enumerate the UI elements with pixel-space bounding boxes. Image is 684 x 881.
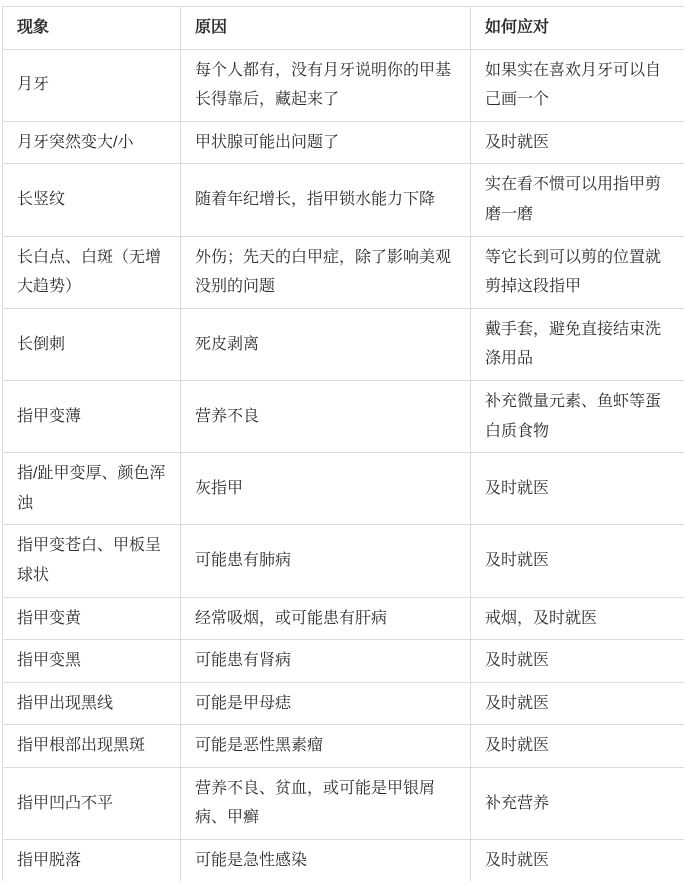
header-cell-1: 原因: [181, 7, 471, 50]
table-row: 指甲变黑可能患有肾病及时就医: [3, 640, 684, 683]
table-cell: 如果实在喜欢月牙可以自己画一个: [471, 49, 684, 121]
table-cell: 指甲变黑: [3, 640, 181, 683]
table-cell: 及时就医: [471, 453, 684, 525]
table-row: 指甲变苍白、甲板呈球状可能患有肺病及时就医: [3, 525, 684, 597]
table-cell: 指甲变黄: [3, 597, 181, 640]
table-body: 月牙每个人都有，没有月牙说明你的甲基长得靠后，藏起来了如果实在喜欢月牙可以自己画…: [3, 49, 684, 881]
table-cell: 随着年纪增长，指甲锁水能力下降: [181, 164, 471, 236]
page: 现象原因如何应对 月牙每个人都有，没有月牙说明你的甲基长得靠后，藏起来了如果实在…: [0, 0, 684, 881]
table-cell: 经常吸烟，或可能患有肝病: [181, 597, 471, 640]
table-row: 指甲脱落可能是急性感染及时就医: [3, 840, 684, 881]
table-cell: 指甲出现黑线: [3, 682, 181, 725]
table-cell: 等它长到可以剪的位置就剪掉这段指甲: [471, 236, 684, 308]
table-cell: 补充营养: [471, 767, 684, 839]
table-cell: 营养不良、贫血，或可能是甲银屑病、甲癣: [181, 767, 471, 839]
table-row: 长竖纹随着年纪增长，指甲锁水能力下降实在看不惯可以用指甲剪磨一磨: [3, 164, 684, 236]
table-cell: 补充微量元素、鱼虾等蛋白质食物: [471, 380, 684, 452]
table-cell: 可能患有肺病: [181, 525, 471, 597]
header-cell-2: 如何应对: [471, 7, 684, 50]
table-cell: 长竖纹: [3, 164, 181, 236]
table-cell: 死皮剥离: [181, 308, 471, 380]
table-cell: 灰指甲: [181, 453, 471, 525]
table-row: 指甲出现黑线可能是甲母痣及时就医: [3, 682, 684, 725]
table-cell: 指甲变苍白、甲板呈球状: [3, 525, 181, 597]
table-cell: 及时就医: [471, 682, 684, 725]
table-row: 指/趾甲变厚、颜色浑浊灰指甲及时就医: [3, 453, 684, 525]
table-cell: 长白点、白斑（无增大趋势）: [3, 236, 181, 308]
table-row: 长倒刺死皮剥离戴手套，避免直接结束洗涤用品: [3, 308, 684, 380]
table-cell: 每个人都有，没有月牙说明你的甲基长得靠后，藏起来了: [181, 49, 471, 121]
table-row: 月牙突然变大/小甲状腺可能出问题了及时就医: [3, 121, 684, 164]
table-cell: 指甲变薄: [3, 380, 181, 452]
table-cell: 及时就医: [471, 840, 684, 881]
table-row: 月牙每个人都有，没有月牙说明你的甲基长得靠后，藏起来了如果实在喜欢月牙可以自己画…: [3, 49, 684, 121]
table-cell: 实在看不惯可以用指甲剪磨一磨: [471, 164, 684, 236]
table-cell: 及时就医: [471, 640, 684, 683]
table-cell: 可能是恶性黑素瘤: [181, 725, 471, 768]
table-cell: 指甲脱落: [3, 840, 181, 881]
header-cell-0: 现象: [3, 7, 181, 50]
table-cell: 外伤；先天的白甲症，除了影响美观没别的问题: [181, 236, 471, 308]
table-cell: 及时就医: [471, 121, 684, 164]
table-cell: 指甲凹凸不平: [3, 767, 181, 839]
table-cell: 月牙: [3, 49, 181, 121]
table-cell: 戴手套，避免直接结束洗涤用品: [471, 308, 684, 380]
table-cell: 指/趾甲变厚、颜色浑浊: [3, 453, 181, 525]
table-cell: 营养不良: [181, 380, 471, 452]
table-row: 长白点、白斑（无增大趋势）外伤；先天的白甲症，除了影响美观没别的问题等它长到可以…: [3, 236, 684, 308]
table-row: 指甲变薄营养不良补充微量元素、鱼虾等蛋白质食物: [3, 380, 684, 452]
table-cell: 戒烟，及时就医: [471, 597, 684, 640]
table-row: 指甲凹凸不平营养不良、贫血，或可能是甲银屑病、甲癣补充营养: [3, 767, 684, 839]
table-cell: 月牙突然变大/小: [3, 121, 181, 164]
table-cell: 可能患有肾病: [181, 640, 471, 683]
table-cell: 及时就医: [471, 525, 684, 597]
table-cell: 甲状腺可能出问题了: [181, 121, 471, 164]
table-row: 指甲变黄经常吸烟，或可能患有肝病戒烟，及时就医: [3, 597, 684, 640]
table-cell: 长倒刺: [3, 308, 181, 380]
table-cell: 可能是急性感染: [181, 840, 471, 881]
table-cell: 指甲根部出现黑斑: [3, 725, 181, 768]
nail-symptom-table: 现象原因如何应对 月牙每个人都有，没有月牙说明你的甲基长得靠后，藏起来了如果实在…: [2, 6, 684, 881]
table-cell: 及时就医: [471, 725, 684, 768]
table-cell: 可能是甲母痣: [181, 682, 471, 725]
header-row: 现象原因如何应对: [3, 7, 684, 50]
table-row: 指甲根部出现黑斑可能是恶性黑素瘤及时就医: [3, 725, 684, 768]
